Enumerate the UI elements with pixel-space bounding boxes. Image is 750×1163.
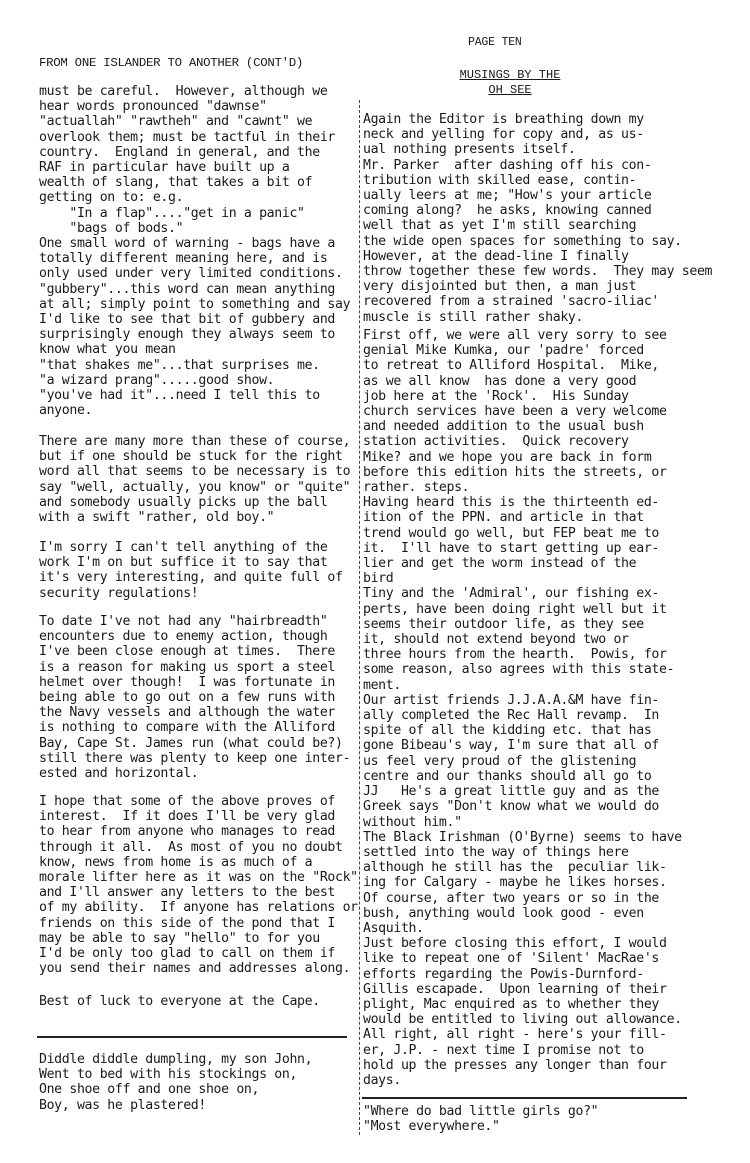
left-filler-rule: [37, 1036, 347, 1038]
left-paragraph-6: Best of luck to everyone at the Cape.: [39, 994, 320, 1009]
right-paragraph-1: Again the Editor is breathing down my ne…: [363, 112, 712, 325]
right-filler-joke: "Where do bad little girls go?" "Most ev…: [363, 1104, 598, 1134]
column-divider: [359, 100, 360, 1135]
right-paragraph-2: First off, we were all very sorry to see…: [363, 328, 682, 1088]
right-filler-rule: [362, 1097, 687, 1099]
left-paragraph-2: There are many more than these of course…: [39, 434, 350, 525]
right-column: Again the Editor is breathing down my ne…: [363, 0, 723, 76]
left-filler-rhyme: Diddle diddle dumpling, my son John, Wen…: [39, 1052, 312, 1113]
left-paragraph-4: To date I've not had any "hairbreadth" e…: [39, 614, 350, 781]
newsletter-page: FROM ONE ISLANDER TO ANOTHER (CONT'D) PA…: [0, 0, 750, 1163]
musings-title-line-2: OH SEE: [450, 83, 570, 98]
left-paragraph-3: I'm sorry I can't tell anything of the w…: [39, 540, 343, 601]
left-column: must be careful. However, although we he…: [39, 0, 349, 137]
left-paragraph-5: I hope that some of the above proves of …: [39, 794, 358, 976]
left-paragraph-1: must be careful. However, although we he…: [39, 84, 350, 418]
